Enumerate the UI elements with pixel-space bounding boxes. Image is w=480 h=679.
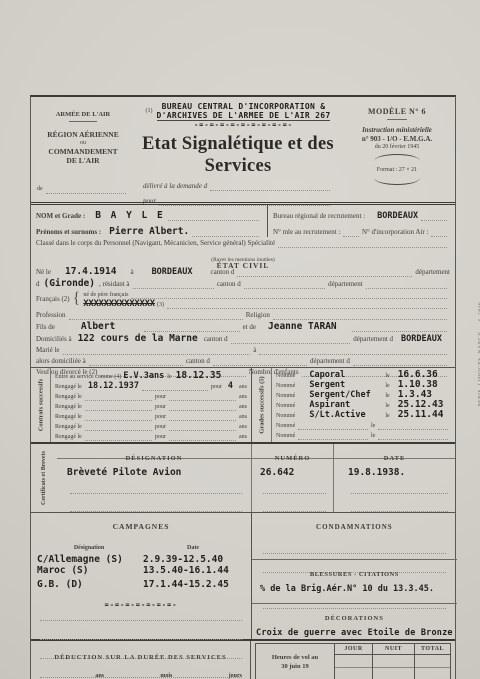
blank-line: [133, 281, 214, 289]
nom-value: B A Y L E: [95, 210, 164, 221]
blank-line: [107, 672, 157, 679]
identity-section: NOM et Grade : B A Y L E Bureau régional…: [31, 202, 455, 252]
de-lair-label: DE L'AIR: [37, 156, 129, 165]
campagnes-block: CAMPAGNES Désignation Date C/Allemagne (…: [31, 513, 251, 639]
rengage-label: Rengagé le: [55, 394, 82, 402]
entre-service-label: Entré au service comme (4): [55, 374, 121, 382]
ans-label: ans: [239, 424, 247, 432]
departement-domicile-value: BORDEAUX: [401, 334, 442, 344]
blank-line: [263, 546, 446, 554]
ville-naissance-value: BORDEAUX: [152, 267, 193, 277]
heures-vol-block: Heures de vol au 30 juin 19 JOUR NUIT: [251, 641, 455, 679]
divider: [69, 121, 97, 122]
grades-side-label-cell: Grades successifs (5): [252, 368, 272, 442]
mois-label: mois: [160, 673, 172, 679]
rengage-label: Rengagé le: [55, 404, 82, 412]
blank-line: [69, 312, 243, 320]
campagne-designation: G.B. (D): [37, 579, 143, 590]
domicile-value: 122 cours de la Marne: [78, 333, 198, 344]
etat-civil-section: ÉTAT CIVIL Né le 17.4.1914 à BORDEAUX ca…: [31, 252, 455, 367]
et-de-label: et de: [243, 323, 256, 332]
brevets-side-label-cell: Certificats et Brevets: [31, 444, 57, 512]
departement-label: département d: [353, 335, 393, 344]
blank-line: [46, 186, 126, 194]
blank-line: [85, 413, 152, 421]
entre-service-value: E.V.3ans: [123, 371, 164, 381]
brevets-side-label: Certificats et Brevets: [41, 451, 47, 505]
blank-line: [175, 672, 225, 679]
blank-line: [40, 632, 242, 640]
domicilies-label: Domiciliés à: [36, 335, 72, 344]
rengage-date: 18.12.1937: [88, 381, 139, 391]
rengage-duree: 4: [228, 381, 233, 391]
brevet-numero-value: 26.642: [260, 467, 329, 478]
instruction-line1: Instruction ministérielle: [345, 126, 449, 135]
grade-value: Aspirant: [309, 400, 385, 410]
blank-line: [169, 393, 236, 401]
grade-value: S/Lt.Active: [309, 410, 385, 420]
classe-label: Classé dans le corps du Personnel (Navig…: [36, 239, 275, 248]
nomme-label: Nommé: [276, 383, 295, 391]
region-label: RÉGION AÉRIENNE: [37, 130, 129, 139]
campagnes-condamnations-section: CAMPAGNES Désignation Date C/Allemagne (…: [31, 512, 455, 639]
blank-line: [144, 324, 239, 332]
deduction-title: DÉDUCTION SUR LA DURÉE DES SERVICES: [54, 654, 226, 661]
departement-label: département: [328, 280, 363, 289]
blank-line: [169, 413, 236, 421]
heures-vol-label-line1: Heures de vol au: [256, 654, 334, 662]
flourish-line: [374, 154, 420, 161]
divider: [387, 119, 407, 120]
empty-cell: [373, 668, 414, 679]
rengage-label: Rengagé le: [55, 424, 82, 432]
blank-line: [192, 229, 259, 237]
nom-label: NOM et Grade :: [36, 212, 85, 221]
decorations-entry: Croix de guerre avec Etoile de Bronze: [256, 628, 453, 638]
brevets-section: Certificats et Brevets DÉSIGNATION NUMÉR…: [31, 442, 455, 512]
blank-line: [353, 358, 447, 366]
fils-de-label: Fils de: [36, 323, 55, 332]
blank-line: [352, 324, 447, 332]
ou-label: ou: [37, 140, 129, 148]
blank-line: [89, 358, 183, 366]
heures-vol-table: Heures de vol au 30 juin 19 JOUR NUIT: [255, 643, 451, 679]
bottom-section: DÉDUCTION SUR LA DURÉE DES SERVICES ans …: [31, 639, 455, 679]
instruction-line3: du 20 février 1945: [345, 144, 449, 152]
blank-line: [213, 358, 307, 366]
blank-line: [431, 229, 447, 237]
nomme-label: Nommé: [276, 413, 295, 421]
modele-label: MODÈLE N° 6: [345, 107, 449, 117]
total-column-header: TOTAL: [415, 644, 450, 655]
blank-line: [169, 433, 236, 441]
contrats-grades-section: Contrats successifs Entré au service com…: [31, 367, 455, 442]
nomme-label: Nommé: [276, 433, 295, 441]
rengage-label: Rengagé le: [55, 414, 82, 422]
blank-line: [70, 486, 242, 494]
jours-label: jours: [229, 673, 242, 679]
profession-label: Profession: [36, 311, 66, 320]
grade-value: Caporal: [309, 370, 385, 380]
rengage-label: Rengagé le: [55, 434, 82, 442]
campagne-date: 13.5.40-16.1.44: [143, 565, 229, 576]
ne-le-value: 17.4.1914: [65, 266, 116, 277]
blank-line: [70, 504, 242, 512]
campagne-designation: C/Allemagne (S): [37, 554, 143, 565]
ne-le-label: Né le: [36, 268, 51, 277]
departement-label: département: [415, 268, 450, 277]
francais-label: Français (2): [36, 295, 70, 304]
blessures-title: BLESSURES - CITATIONS: [310, 571, 399, 578]
commandement-label: COMMANDEMENT: [37, 147, 129, 156]
pour-label: pour: [211, 384, 222, 392]
contrats-side-label: Contrats successifs: [37, 379, 44, 432]
departement-label: département d: [310, 357, 350, 366]
pour-label: pour: [155, 394, 166, 402]
blank-line: [85, 403, 152, 411]
empty-cell: [415, 668, 450, 679]
blank-line: [421, 213, 447, 221]
canton-label: canton d: [217, 280, 241, 289]
le-label: le: [385, 383, 389, 391]
ans-label: ans: [239, 384, 247, 392]
grade-date: 25.11.44: [398, 409, 444, 420]
le-label: le: [385, 393, 389, 401]
ans-label: ans: [239, 414, 247, 422]
le-label: le: [385, 403, 389, 411]
canton-label: canton d: [186, 357, 210, 366]
nomme-label: Nommé: [276, 373, 295, 381]
canton-label: canton d: [211, 268, 235, 277]
blank-line: [167, 301, 447, 309]
bureau-recrutement-value: BORDEAUX: [377, 211, 418, 221]
blessures-entry: % de la Brig.Aér.N° 10 du 13.3.45.: [260, 584, 449, 594]
ans-label: ans: [239, 394, 247, 402]
ref-mark: (1): [146, 108, 153, 116]
heures-vol-label-line2: 30 juin 19: [256, 663, 334, 671]
blank-line: [259, 347, 447, 355]
blank-line: [273, 312, 447, 320]
blank-line: [298, 422, 368, 430]
condamnations-block: CONDAMNATIONS BLESSURES - CITATIONS % de…: [251, 513, 457, 639]
le-label: le: [385, 373, 389, 381]
campagnes-designation-header: Désignation: [74, 545, 104, 551]
d-label: d: [36, 280, 40, 289]
campagne-date: 17.1.44-15.2.45: [143, 579, 229, 590]
grade-value: Sergent: [309, 380, 385, 390]
form-header: ARMÉE DE L'AIR RÉGION AÉRIENNE ou COMMAN…: [31, 97, 455, 202]
bureau-recrutement-label: Bureau régional de recrutement :: [273, 212, 365, 221]
pere-value: Albert: [81, 321, 115, 332]
blank-line: [237, 269, 412, 277]
brace-glyph: {: [73, 290, 81, 308]
pour-label: pour: [155, 424, 166, 432]
condamnations-title: CONDAMNATIONS: [316, 523, 393, 531]
bureau-dashes: -=-=-=-=-=-=-=-=-=-: [157, 121, 331, 129]
bureau-line1: BUREAU CENTRAL D'INCORPORATION &: [157, 102, 331, 111]
incorporation-label: N° d'incorporation Air :: [362, 228, 428, 237]
header-right-block: MODÈLE N° 6 Instruction ministérielle n°…: [343, 97, 455, 202]
blank-line: [85, 433, 152, 441]
rengage-label: Rengagé le: [55, 384, 82, 392]
pour-label: pour: [155, 414, 166, 422]
document-title: Etat Signalétique et des Services: [136, 133, 340, 177]
jour-column-header: JOUR: [335, 644, 372, 655]
le-label: le: [385, 413, 389, 421]
campagnes-title: CAMPAGNES: [113, 522, 170, 531]
blank-line: [142, 383, 208, 391]
blank-line: [210, 183, 330, 191]
blank-line: [42, 672, 92, 679]
residant-label: , résidant à: [99, 280, 130, 289]
le-label: le: [371, 433, 375, 441]
blank-line: [378, 432, 448, 440]
empty-cell: [335, 655, 372, 668]
armee-label: ARMÉE DE L'AIR: [37, 111, 129, 119]
blank-line: [298, 432, 368, 440]
nomme-label: Nommé: [276, 423, 295, 431]
pour-label: pour: [155, 404, 166, 412]
campagnes-date-header: Date: [187, 545, 199, 551]
grades-side-label: Grades successifs (5): [258, 376, 265, 433]
marie-le-label: Marié le: [36, 346, 60, 355]
campagne-date: 2.9.39-12.5.40: [143, 554, 223, 565]
blank-line: [278, 240, 447, 248]
blank-line: [169, 423, 236, 431]
de-label: de: [37, 186, 43, 194]
entre-service-date: 18.12.35: [176, 370, 222, 381]
blank-line: [244, 281, 325, 289]
delivre-label: délivré à la demande d: [143, 182, 207, 191]
le-label: le: [167, 374, 171, 382]
blank-line: [85, 423, 152, 431]
deduction-block: DÉDUCTION SUR LA DURÉE DES SERVICES ans …: [31, 641, 251, 679]
prenoms-label: Prénoms et surnoms :: [36, 228, 101, 237]
prenoms-value: Pierre Albert.: [109, 226, 189, 237]
alors-domiciliee-label: alors domiciliée à: [36, 357, 86, 366]
blank-line: [351, 486, 448, 494]
blank-line: [169, 403, 236, 411]
note3-mark: (3): [157, 302, 164, 310]
flourish-line: [374, 178, 420, 185]
blank-line: [366, 281, 447, 289]
blank-line: [351, 504, 448, 512]
blank-line: [63, 347, 251, 355]
a-label: à: [130, 268, 133, 277]
brevet-date-value: 19.8.1938.: [348, 467, 451, 478]
blank-line: [343, 229, 359, 237]
decorations-title: DÉCORATIONS: [325, 615, 384, 622]
brevet-designation-value: Brèveté Pilote Avion: [67, 467, 245, 478]
empty-cell: [373, 655, 414, 668]
pour-label: pour: [155, 434, 166, 442]
pere-francais-label: né de père français: [83, 292, 128, 300]
campagnes-separator: =-=-=-=-=-=-=-: [104, 601, 177, 609]
blank-line: [131, 291, 447, 299]
header-left-block: ARMÉE DE L'AIR RÉGION AÉRIENNE ou COMMAN…: [31, 97, 133, 202]
blank-line: [168, 213, 259, 221]
grade-value: Sergent/Chef: [309, 390, 385, 400]
nomme-label: Nommé: [276, 393, 295, 401]
instruction-line2: n° 903 - 1/O - E.M.G.A.: [345, 135, 449, 144]
struck-entry: XXXXXXXXXXXXXX: [83, 299, 155, 309]
blank-line: [378, 422, 448, 430]
contrats-side-label-cell: Contrats successifs: [31, 368, 51, 442]
departement-naissance-value: (Gironde): [44, 278, 95, 289]
form-body: ARMÉE DE L'AIR RÉGION AÉRIENNE ou COMMAN…: [30, 95, 456, 679]
ans-label: ans: [95, 673, 104, 679]
header-center-block: (1) BUREAU CENTRAL D'INCORPORATION & D'A…: [133, 97, 343, 202]
ans-label: ans: [239, 404, 247, 412]
scanned-document-page: ARMÉE DE L'AIR RÉGION AÉRIENNE ou COMMAN…: [0, 0, 480, 679]
blank-line: [263, 504, 326, 512]
empty-cell: [415, 655, 450, 668]
empty-cell: [335, 668, 372, 679]
blank-line: [231, 336, 351, 344]
a-label: à: [253, 346, 256, 355]
blank-line: [263, 486, 326, 494]
mere-value: Jeanne TARAN: [268, 321, 337, 332]
ans-label: ans: [239, 434, 247, 442]
campagne-designation: Maroc (S): [37, 565, 143, 576]
nuit-column-header: NUIT: [373, 644, 414, 655]
blank-line: [40, 613, 242, 621]
canton-label: canton d: [204, 335, 228, 344]
bureau-line2: D'ARCHIVES DE L'ARMEE DE L'AIR 267: [157, 111, 331, 121]
matricule-label: N° mle au recrutement :: [273, 228, 340, 237]
blank-line: [85, 393, 152, 401]
le-label: le: [371, 423, 375, 431]
religion-label: Religion: [246, 311, 270, 320]
nomme-label: Nommé: [276, 403, 295, 411]
format-label: Format : 27 × 21: [345, 167, 449, 175]
